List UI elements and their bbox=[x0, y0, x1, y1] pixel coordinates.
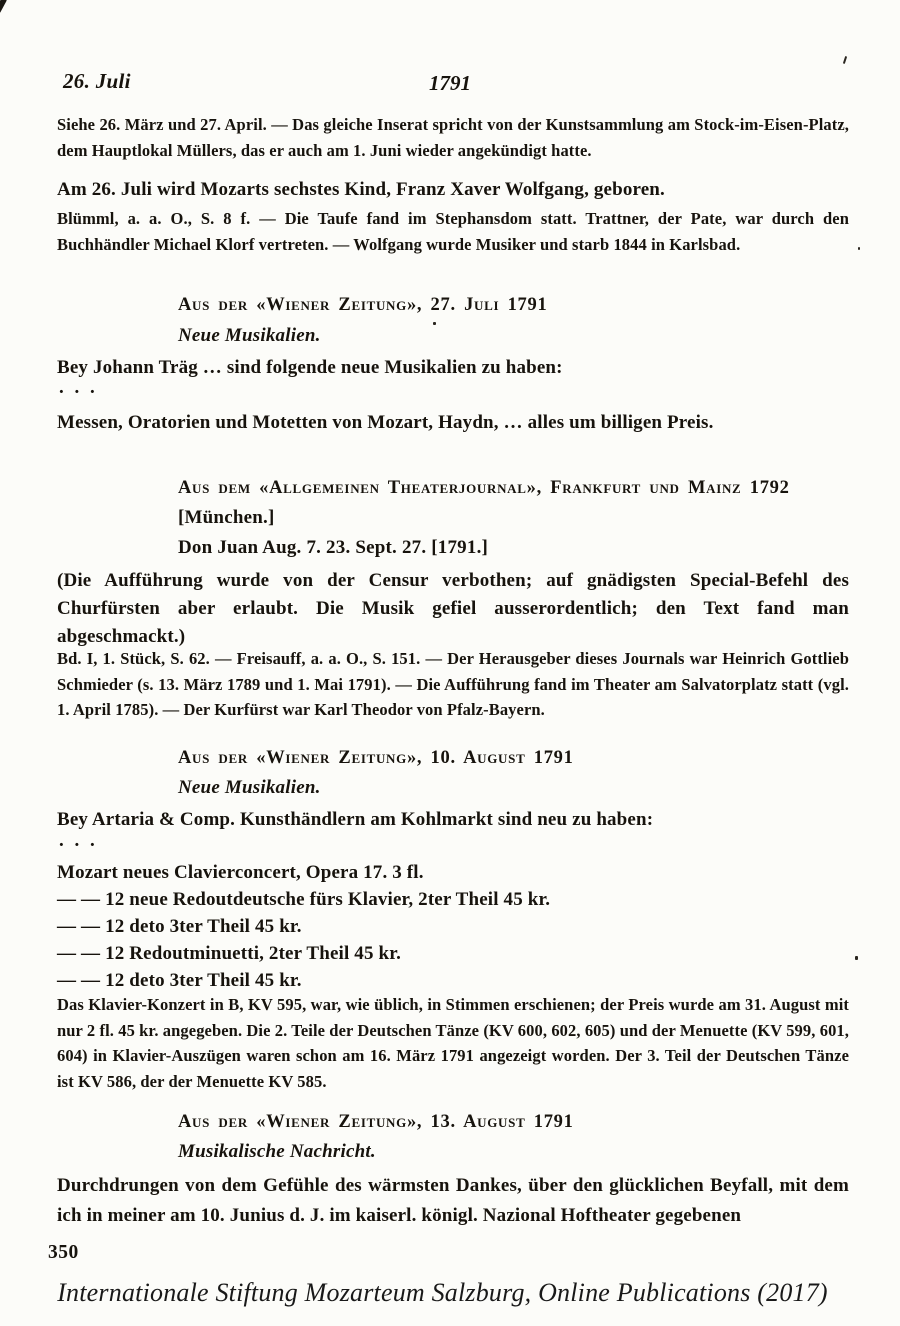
musikalien-list: Mozart neues Clavierconcert, Opera 17. 3… bbox=[57, 859, 857, 994]
line-bey-johann-traeg: Bey Johann Träg … sind folgende neue Mus… bbox=[57, 354, 849, 382]
page-number: 350 bbox=[48, 1242, 79, 1264]
scan-artifact-tick bbox=[843, 56, 847, 64]
annotation-bd-i: Bd. I, 1. Stück, S. 62. — Freisauff, a. … bbox=[57, 646, 849, 723]
annotation-kv595: Das Klavier-Konzert in B, KV 595, war, w… bbox=[57, 992, 849, 1094]
line-messen-oratorien: Messen, Oratorien und Motetten von Mozar… bbox=[57, 409, 849, 437]
list-item-redoutminuetti: — — 12 Redoutminuetti, 2ter Theil 45 kr. bbox=[57, 940, 857, 967]
list-item-deto-3ter-1: — — 12 deto 3ter Theil 45 kr. bbox=[57, 913, 857, 940]
paragraph-durchdrungen: Durchdrungen von dem Gefühle des wärmste… bbox=[57, 1171, 849, 1231]
footer-credit: Internationale Stiftung Mozarteum Salzbu… bbox=[0, 1278, 885, 1308]
source-heading-theaterjournal: Aus dem «Allgemeinen Theaterjournal», Fr… bbox=[178, 478, 790, 499]
subtitle-neue-musikalien-1: Neue Musikalien. bbox=[178, 325, 321, 347]
scan-artifact-dot bbox=[855, 956, 858, 960]
scan-artifact-dot bbox=[433, 322, 436, 325]
document-page: 26. Juli 1791 Siehe 26. März und 27. Apr… bbox=[0, 0, 900, 1326]
line-bey-artaria: Bey Artaria & Comp. Kunsthändlern am Koh… bbox=[57, 806, 849, 834]
source-heading-wz-27-juli: Aus der «Wiener Zeitung», 27. Juli 1791 bbox=[178, 295, 547, 316]
list-item-redoutdeutsche-2ter: — — 12 neue Redoutdeutsche fürs Klavier,… bbox=[57, 886, 857, 913]
scan-artifact-dot bbox=[858, 247, 860, 250]
list-item-deto-3ter-2: — — 12 deto 3ter Theil 45 kr. bbox=[57, 967, 857, 994]
running-header-year: 1791 bbox=[0, 71, 900, 96]
subtitle-musikalische-nachricht: Musikalische Nachricht. bbox=[178, 1141, 376, 1163]
source-heading-wz-13-august: Aus der «Wiener Zeitung», 13. August 179… bbox=[178, 1112, 574, 1133]
line-don-juan: Don Juan Aug. 7. 23. Sept. 27. [1791.] bbox=[178, 537, 488, 559]
ellipsis-line-1: . . . bbox=[59, 377, 98, 399]
subtitle-neue-musikalien-2: Neue Musikalien. bbox=[178, 777, 321, 799]
source-heading-wz-10-august: Aus der «Wiener Zeitung», 10. August 179… bbox=[178, 748, 574, 769]
main-entry-birth: Am 26. Juli wird Mozarts sechstes Kind, … bbox=[57, 176, 849, 204]
ellipsis-line-2: . . . bbox=[59, 830, 98, 852]
line-muenchen: [München.] bbox=[178, 507, 274, 529]
list-item-clavierconcert: Mozart neues Clavierconcert, Opera 17. 3… bbox=[57, 859, 857, 886]
annotation-siehe: Siehe 26. März und 27. April. — Das glei… bbox=[57, 112, 849, 163]
annotation-bluemml: Blümml, a. a. O., S. 8 f. — Die Taufe fa… bbox=[57, 206, 849, 257]
scan-artifact-corner bbox=[0, 0, 7, 13]
paragraph-auffuehrung: (Die Aufführung wurde von der Censur ver… bbox=[57, 567, 849, 651]
